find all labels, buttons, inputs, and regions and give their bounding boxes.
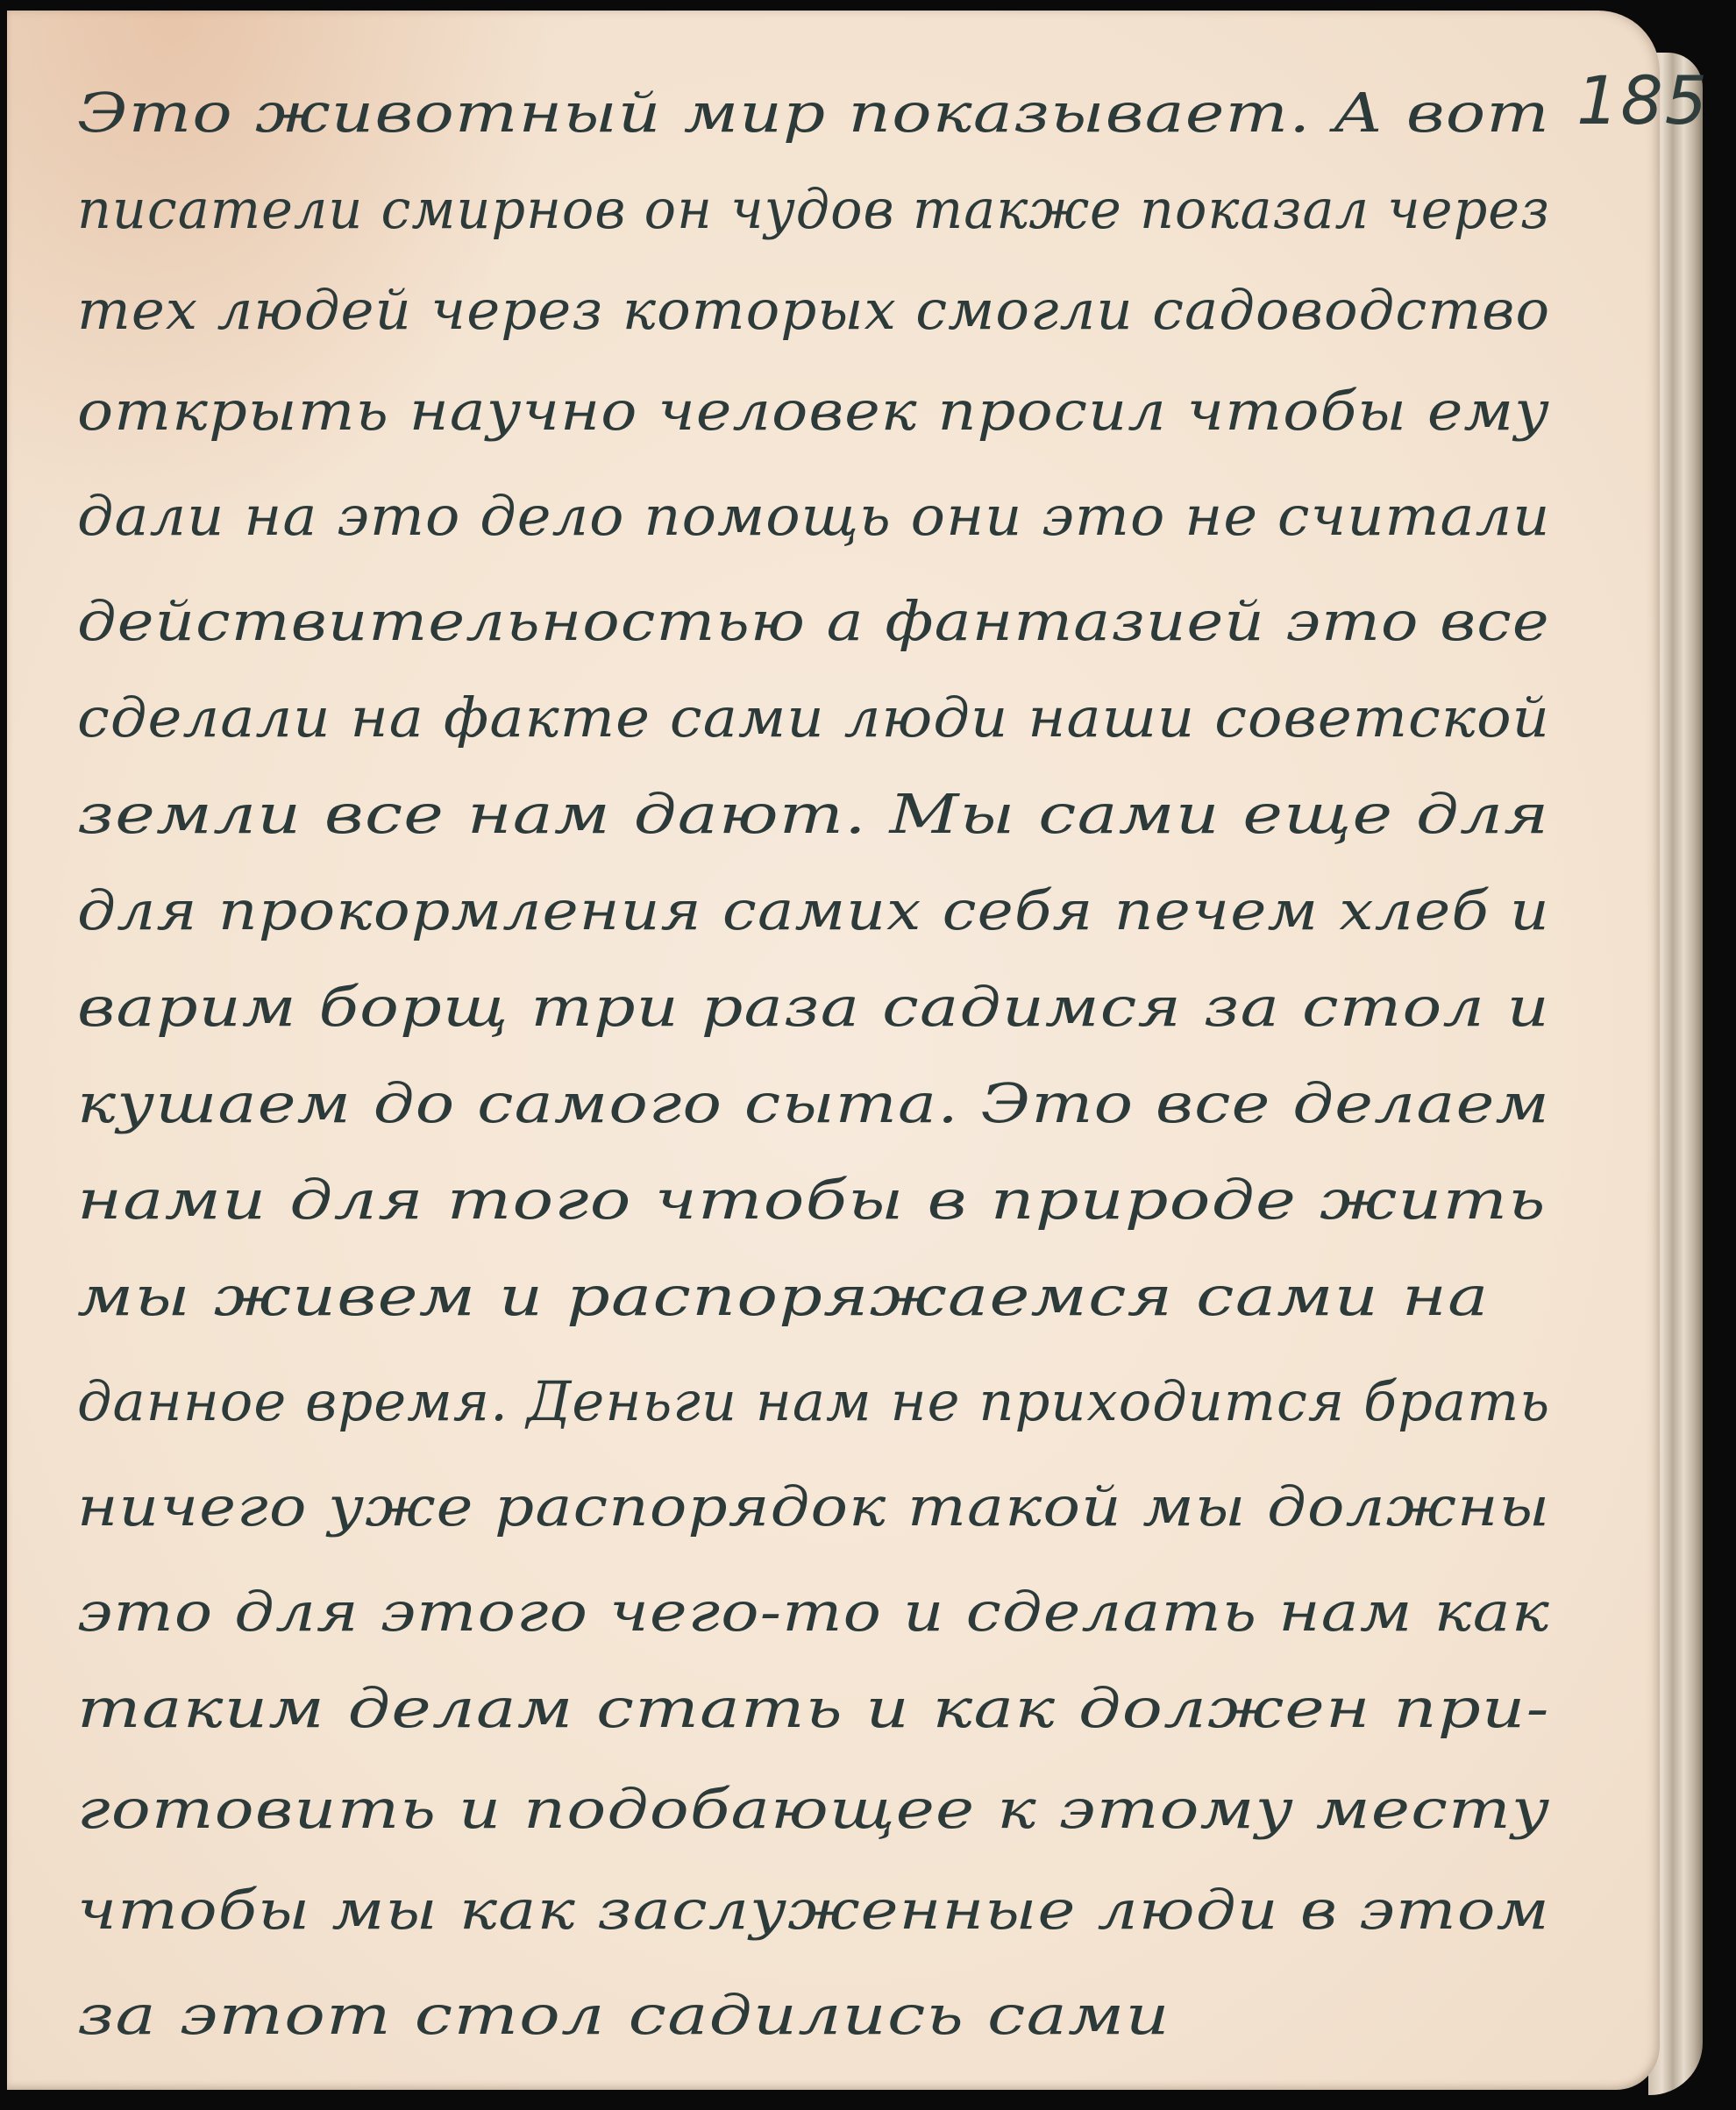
text-line: данное время. Деньги нам не приходится б… [77, 1369, 1550, 1433]
text-line: нами для того чтобы в природе жить [77, 1168, 1547, 1232]
text-line: таким делам стать и как должен при- [77, 1676, 1550, 1740]
notebook-page: 185 Это животный мир показывает. А вот п… [7, 11, 1660, 2090]
text-line: для прокормления самих себя печем хлеб и [77, 878, 1550, 942]
text-line: Это животный мир показывает. А вот [77, 81, 1550, 145]
text-line: действительностью а фантазией это все [77, 589, 1550, 653]
text-line: дали на это дело помощь они это не счита… [77, 484, 1550, 548]
text-line: варим борщ три раза садимся за стол и [77, 975, 1550, 1039]
text-line: это для этого чего-то и сделать нам как [77, 1580, 1550, 1644]
text-line: писатели смирнов он чудов также показал … [77, 177, 1550, 241]
text-line: открыть научно человек просил чтобы ему [77, 379, 1550, 443]
page-number: 185 [1576, 61, 1709, 139]
text-line: тех людей через которых смогли садоводст… [77, 278, 1550, 342]
text-line: ничего уже распорядок такой мы должны [77, 1474, 1550, 1538]
text-line: земли все нам дают. Мы сами еще для [77, 782, 1549, 846]
text-line: кушаем до самого сыта. Это все делаем [77, 1071, 1550, 1135]
text-line: чтобы мы как заслуженные люди в этом [77, 1878, 1550, 1942]
text-line: сделали на факте сами люди наши советско… [77, 686, 1550, 750]
text-line: готовить и подобающее к этому месту [77, 1777, 1550, 1841]
text-line: мы живем и распоряжаемся сами на [77, 1264, 1490, 1328]
text-line: за этот стол садились сами [77, 1983, 1170, 2047]
